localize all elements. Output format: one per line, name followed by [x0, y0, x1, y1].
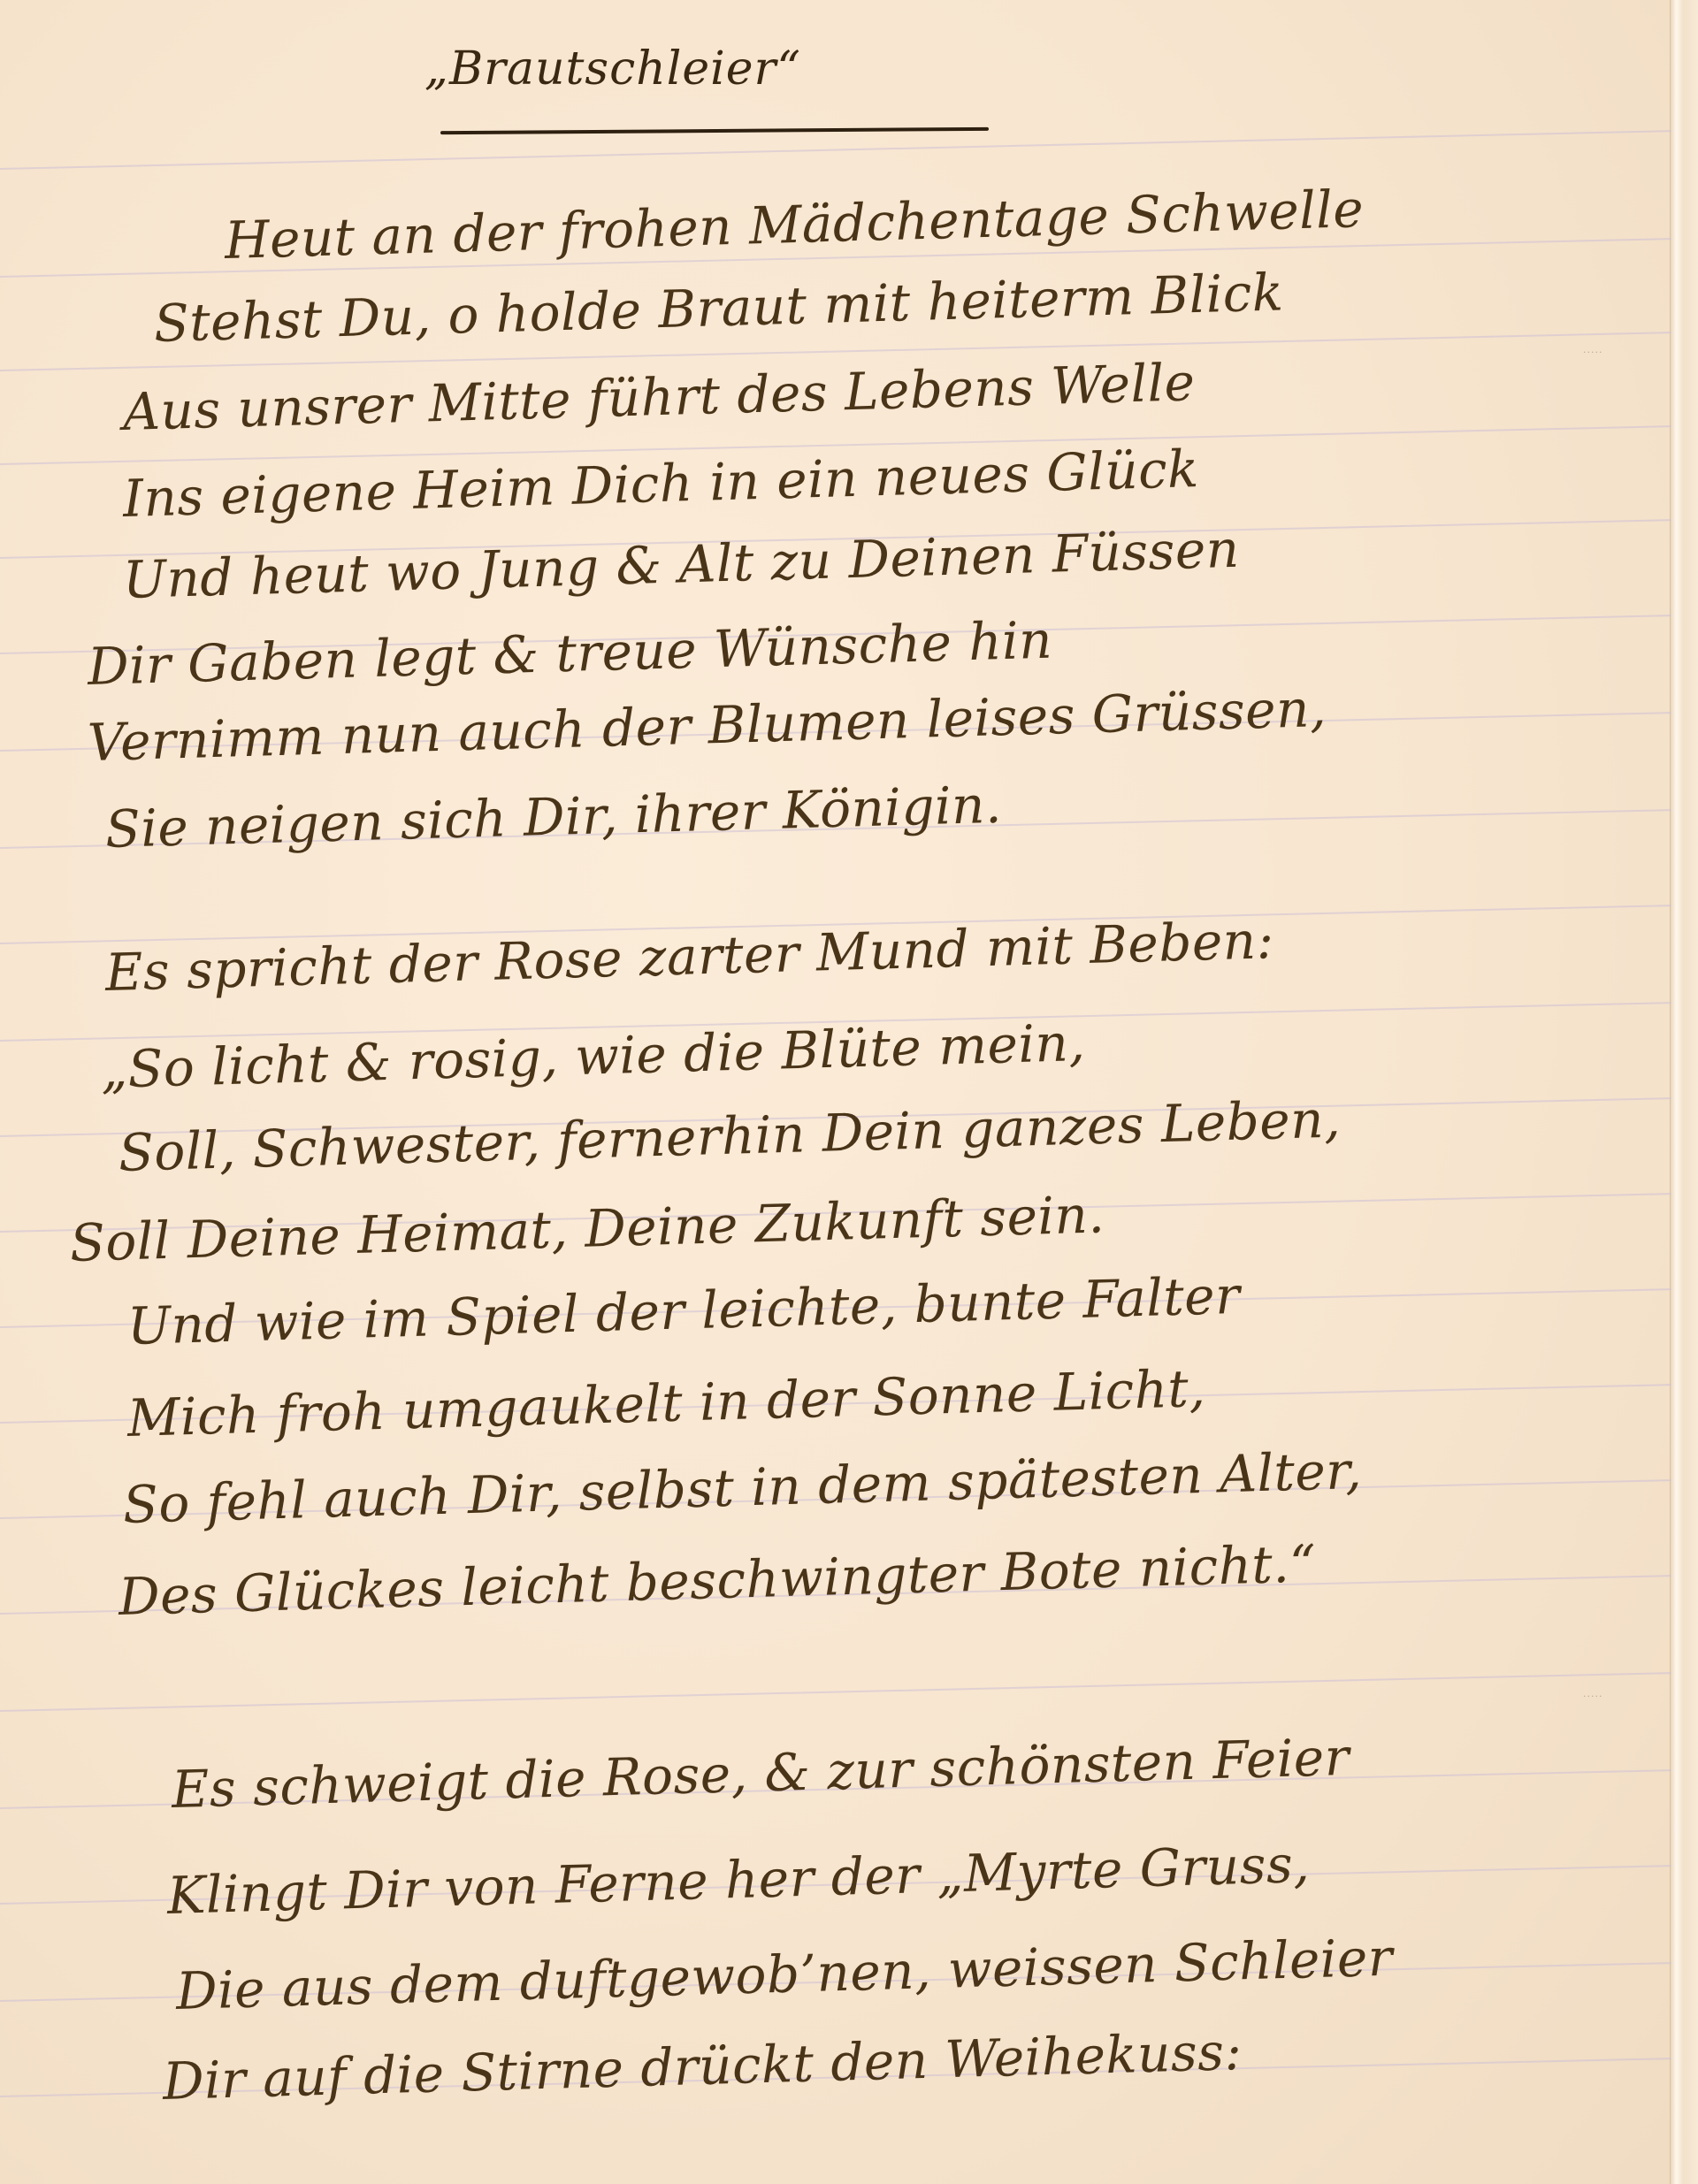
torn-page-edge [1670, 0, 1698, 2184]
poem-title: „Brautschleier“ [424, 42, 801, 95]
faint-margin-mark: ····· [1583, 347, 1602, 358]
faint-margin-mark: ····· [1583, 1691, 1602, 1702]
